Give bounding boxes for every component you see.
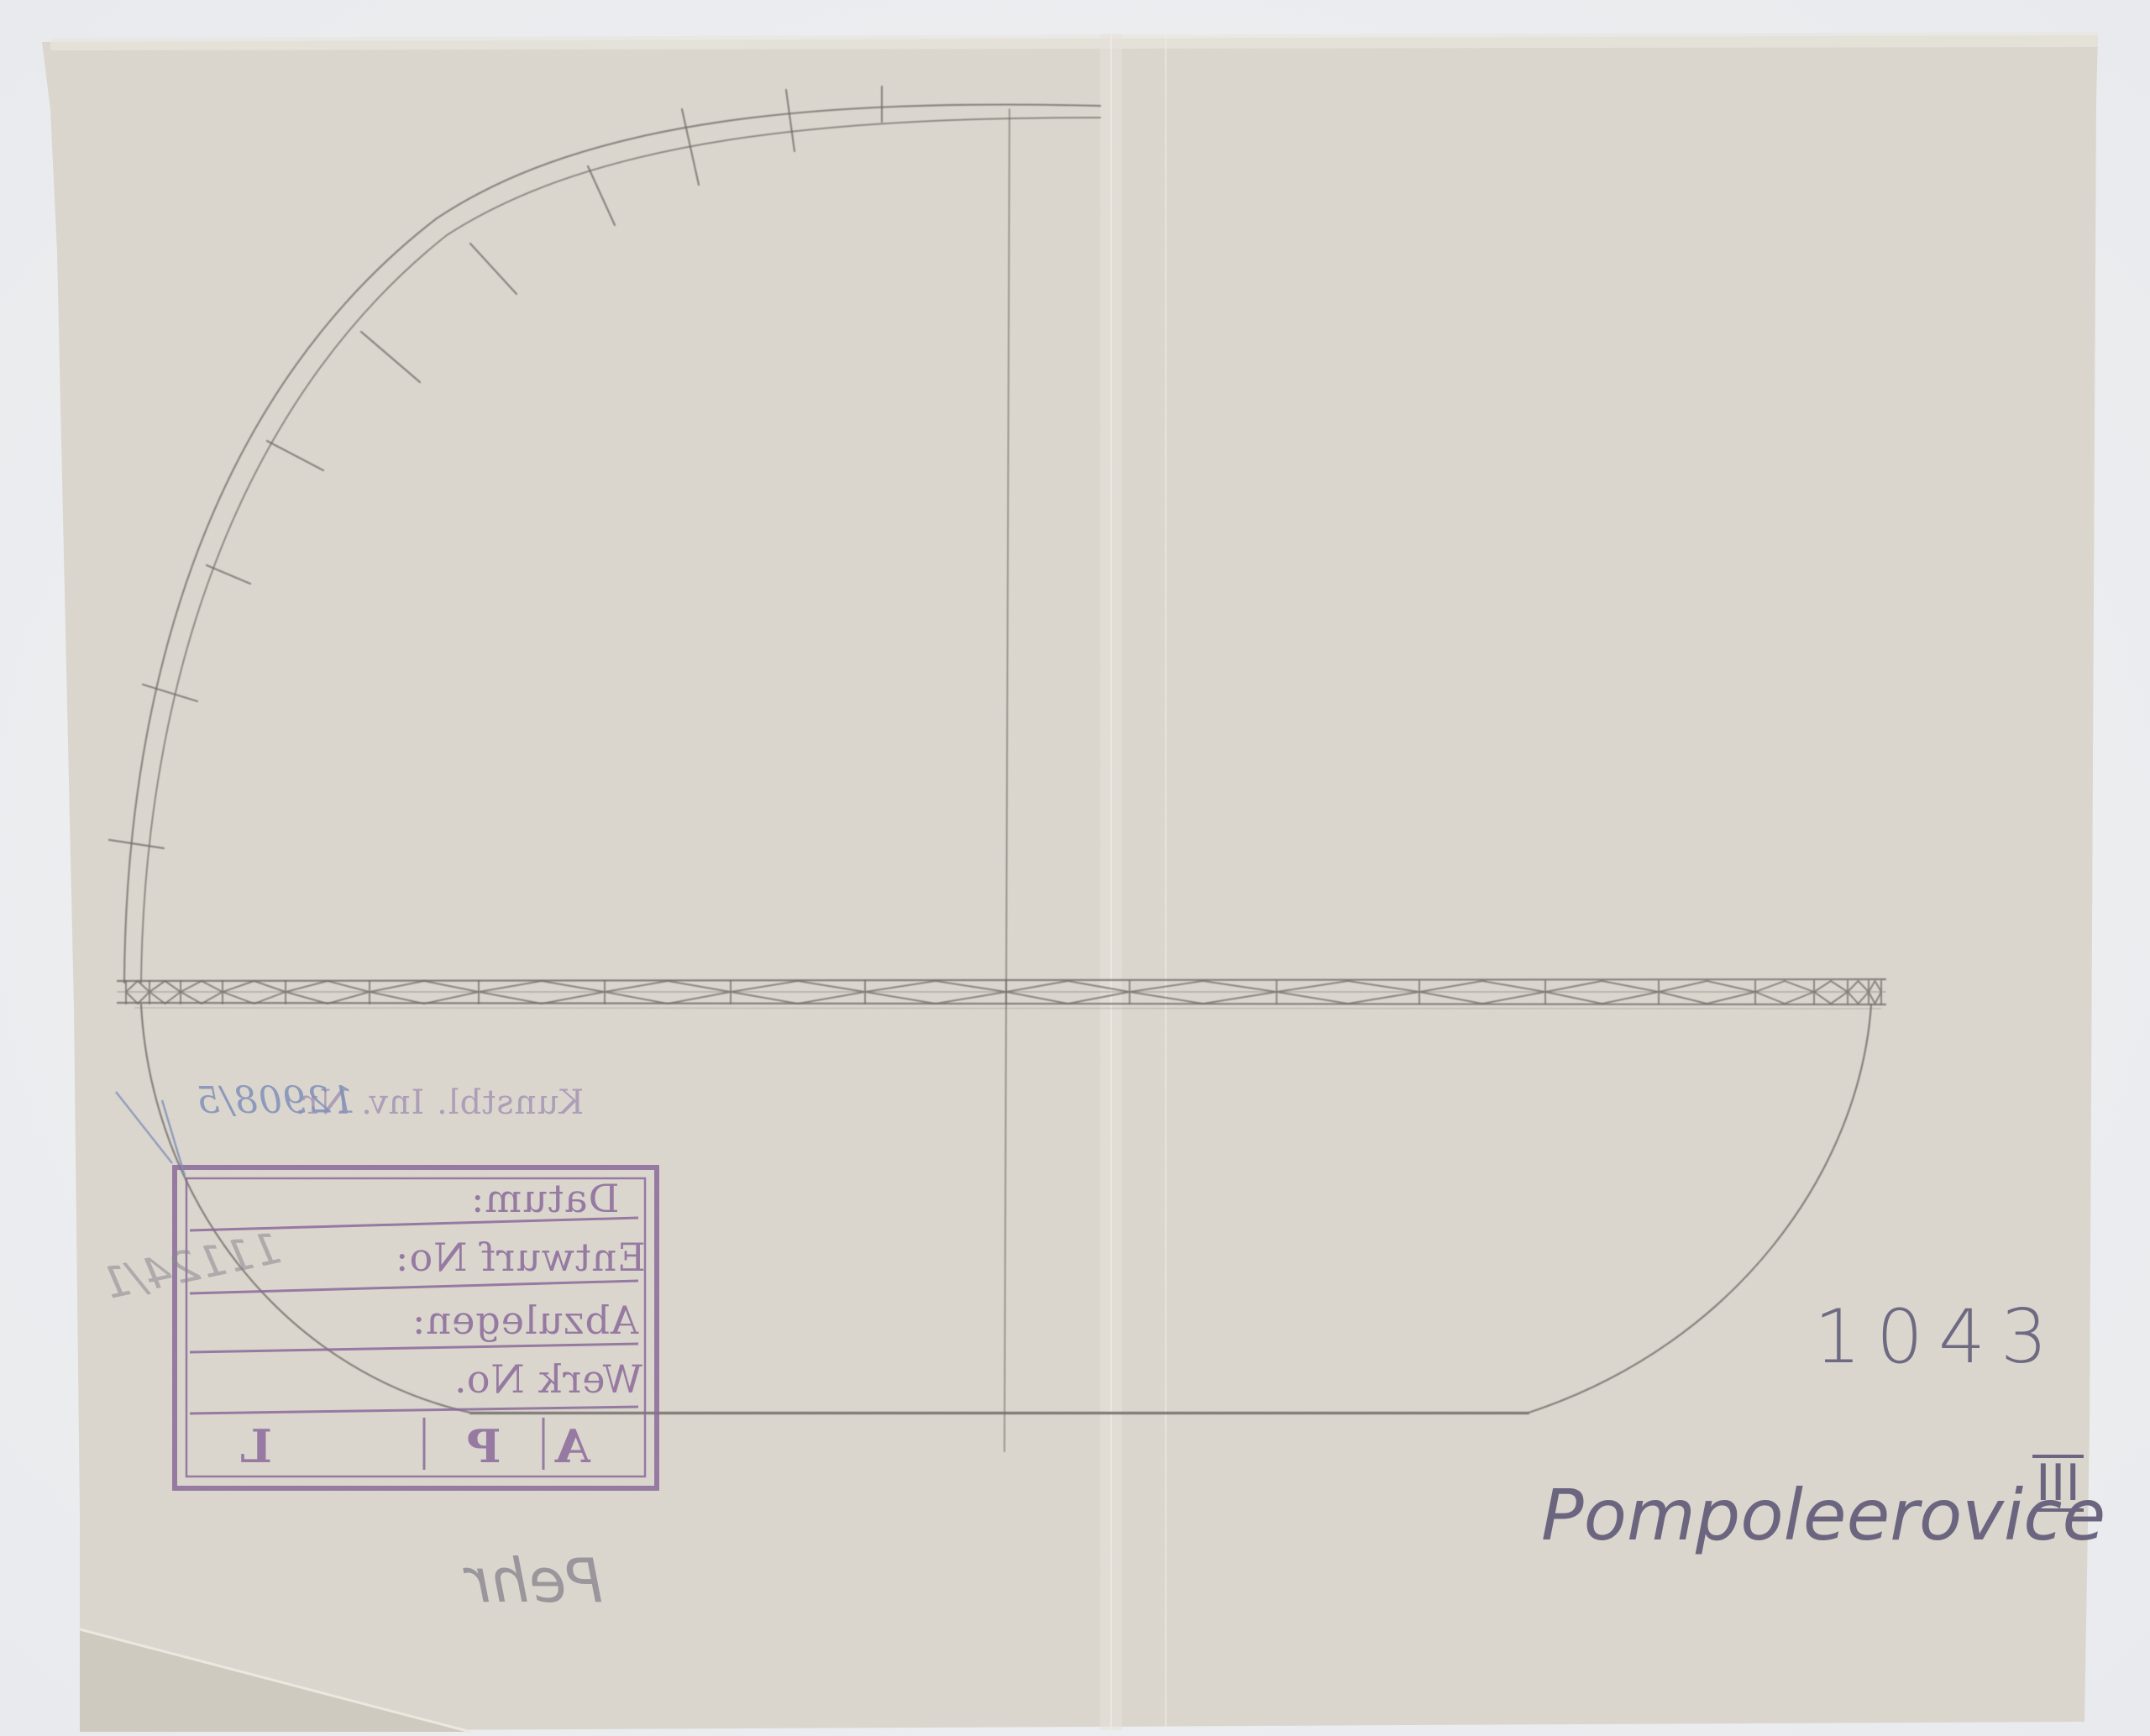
stamp-row-datum: Datum:: [470, 1176, 620, 1221]
stamp-row-werk: Werk No.: [454, 1356, 642, 1402]
stamp-cell-p-text: P: [466, 1419, 501, 1473]
stamp-cell-l-text: L: [239, 1419, 272, 1473]
mirrored-signature: Pehr: [466, 1545, 603, 1616]
tracing-paper-sheet: Kunstbl. Inv. Nr. 12908/5 Datum: Entwurf…: [0, 0, 2150, 1736]
stamp-row-abzulegen: Abzulegen:: [412, 1298, 638, 1343]
stamp-label-abzulegen: Abzulegen:: [412, 1298, 638, 1343]
stamp-cell-l: L: [239, 1419, 272, 1473]
inventory-number: 12908/5: [196, 1079, 355, 1122]
place-name: Pompoleerovice: [1541, 1474, 2105, 1556]
drawing-number-text: 1043: [1814, 1293, 2063, 1380]
stamp-row-entwurf: Entwurf No:: [395, 1235, 646, 1280]
place-name-text: Pompoleerovice: [1541, 1474, 2105, 1556]
drawing-number: 1043: [1814, 1293, 2063, 1380]
stamp-label-werk: Werk No.: [454, 1356, 642, 1402]
roman-numeral-text: III: [2036, 1454, 2080, 1513]
stamp-label-datum: Datum:: [470, 1176, 620, 1221]
stamp-cell-a: A: [554, 1419, 590, 1473]
stamp-label-entwurf: Entwurf No:: [395, 1235, 646, 1280]
mirrored-signature-text: Pehr: [466, 1545, 603, 1616]
stamp-cell-p: P: [466, 1419, 501, 1473]
stamp-cell-a-text: A: [554, 1419, 590, 1473]
roman-numeral: III: [2032, 1455, 2084, 1512]
inventory-number-text: 12908/5: [196, 1079, 355, 1122]
